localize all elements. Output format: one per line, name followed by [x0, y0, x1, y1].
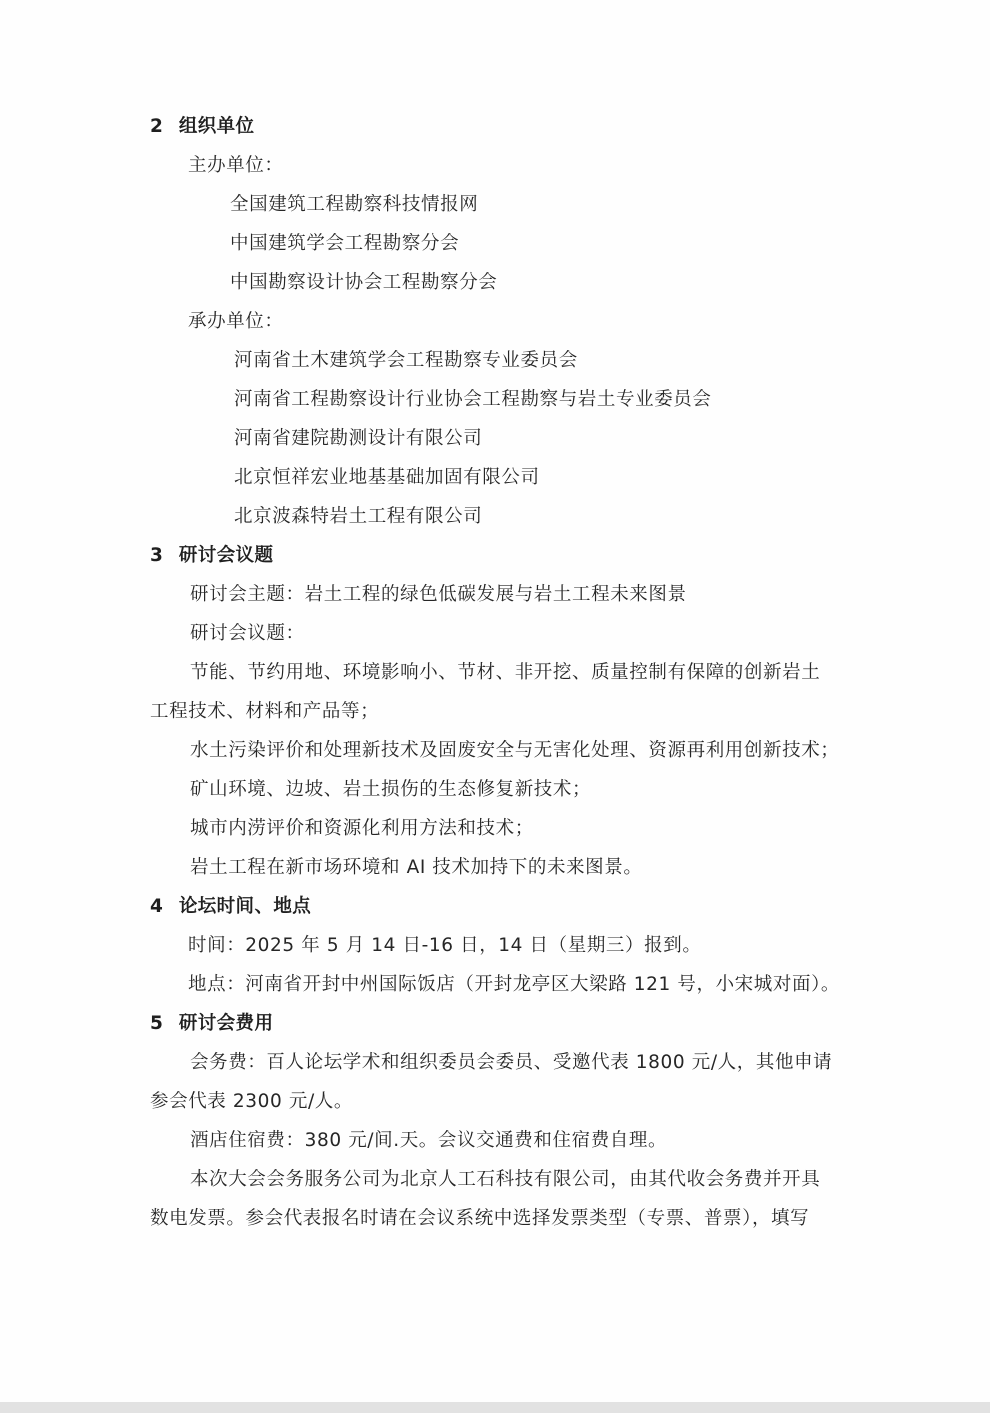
viewer-bottom-bar [0, 1402, 990, 1413]
seminar-theme: 研讨会主题：岩土工程的绿色低碳发展与岩土工程未来图景 [150, 575, 845, 614]
service-company-line: 本次大会会务服务公司为北京人工石科技有限公司，由其代收会务费并开具 [150, 1160, 845, 1199]
conference-fee-line: 会务费：百人论坛学术和组织委员会委员、受邀代表 1800 元/人，其他申请 [150, 1043, 845, 1082]
topic-item: 矿山环境、边坡、岩土损伤的生态修复新技术； [150, 770, 845, 809]
section-heading-organizers: 2 组织单位 [150, 107, 845, 146]
co-organizer-item: 北京波森特岩土工程有限公司 [150, 497, 845, 536]
topic-item-line: 工程技术、材料和产品等； [150, 692, 845, 731]
topics-label: 研讨会议题： [150, 614, 845, 653]
section-number: 3 [150, 536, 172, 575]
section-number: 4 [150, 887, 172, 926]
section-title: 研讨会费用 [179, 1013, 274, 1034]
topic-item: 水土污染评价和处理新技术及固废安全与无害化处理、资源再利用创新技术； [150, 731, 845, 770]
hosts-label: 主办单位： [150, 146, 845, 185]
host-item: 全国建筑工程勘察科技情报网 [150, 185, 845, 224]
section-title: 研讨会议题 [179, 545, 274, 566]
section-heading-topics: 3 研讨会议题 [150, 536, 845, 575]
topic-item: 岩土工程在新市场环境和 AI 技术加持下的未来图景。 [150, 848, 845, 887]
document-page: 2 组织单位 主办单位： 全国建筑工程勘察科技情报网 中国建筑学会工程勘察分会 … [0, 0, 990, 1402]
host-item: 中国勘察设计协会工程勘察分会 [150, 263, 845, 302]
topic-item-line: 节能、节约用地、环境影响小、节材、非开挖、质量控制有保障的创新岩土 [150, 653, 845, 692]
co-organizer-item: 北京恒祥宏业地基基础加固有限公司 [150, 458, 845, 497]
event-time: 时间：2025 年 5 月 14 日-16 日，14 日（星期三）报到。 [150, 926, 845, 965]
document-body: 2 组织单位 主办单位： 全国建筑工程勘察科技情报网 中国建筑学会工程勘察分会 … [150, 107, 845, 1238]
co-organizer-item: 河南省工程勘察设计行业协会工程勘察与岩土专业委员会 [150, 380, 845, 419]
co-organizer-item: 河南省土木建筑学会工程勘察专业委员会 [150, 341, 845, 380]
hotel-fee: 酒店住宿费：380 元/间.天。会议交通费和住宿费自理。 [150, 1121, 845, 1160]
section-number: 2 [150, 107, 172, 146]
section-number: 5 [150, 1004, 172, 1043]
co-organizers-label: 承办单位： [150, 302, 845, 341]
conference-fee-line: 参会代表 2300 元/人。 [150, 1082, 845, 1121]
co-organizer-item: 河南省建院勘测设计有限公司 [150, 419, 845, 458]
section-title: 论坛时间、地点 [179, 896, 311, 917]
service-company-line: 数电发票。参会代表报名时请在会议系统中选择发票类型（专票、普票），填写 [150, 1199, 845, 1238]
section-title: 组织单位 [179, 116, 255, 137]
section-heading-fees: 5 研讨会费用 [150, 1004, 845, 1043]
section-heading-time-place: 4 论坛时间、地点 [150, 887, 845, 926]
topic-item: 城市内涝评价和资源化利用方法和技术； [150, 809, 845, 848]
host-item: 中国建筑学会工程勘察分会 [150, 224, 845, 263]
event-place: 地点：河南省开封中州国际饭店（开封龙亭区大梁路 121 号，小宋城对面）。 [150, 965, 845, 1004]
